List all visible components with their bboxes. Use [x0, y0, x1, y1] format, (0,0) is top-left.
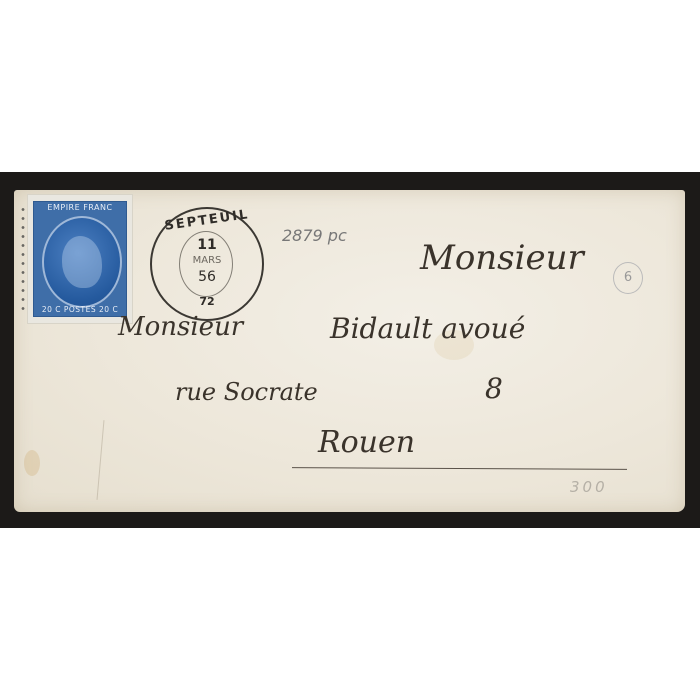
- bottom-pencil-note: 300: [570, 478, 608, 496]
- circular-postmark: SEPTEUIL 11 MARS 56 72: [150, 207, 264, 321]
- postmark-year: 56: [152, 269, 262, 285]
- postmark-month: MARS: [152, 255, 262, 266]
- portrait-head: [62, 236, 102, 288]
- postage-stamp: EMPIRE FRANC 20 C POSTES 20 C: [28, 195, 132, 323]
- napoleon-portrait-icon: [42, 216, 122, 308]
- address-name: Bidault avoué: [330, 312, 525, 345]
- cancellation-dots: [20, 205, 26, 315]
- stamp-frame: EMPIRE FRANC 20 C POSTES 20 C: [33, 201, 127, 317]
- pencil-reference: 2879 pc: [282, 226, 347, 245]
- stamp-top-text: EMPIRE FRANC: [34, 202, 126, 214]
- address-street: rue Socrate: [175, 378, 318, 406]
- address-salutation: Monsieur: [420, 238, 584, 278]
- postmark-day: 11: [152, 237, 262, 253]
- postmark-department: 72: [152, 295, 262, 308]
- address-city: Rouen: [318, 425, 415, 460]
- address-prefix: Monsieur: [118, 312, 243, 342]
- foxing-stain: [24, 450, 40, 476]
- stamp-bottom-text: 20 C POSTES 20 C: [34, 304, 126, 316]
- address-number: 8: [485, 372, 503, 405]
- circled-number: 6: [613, 262, 643, 294]
